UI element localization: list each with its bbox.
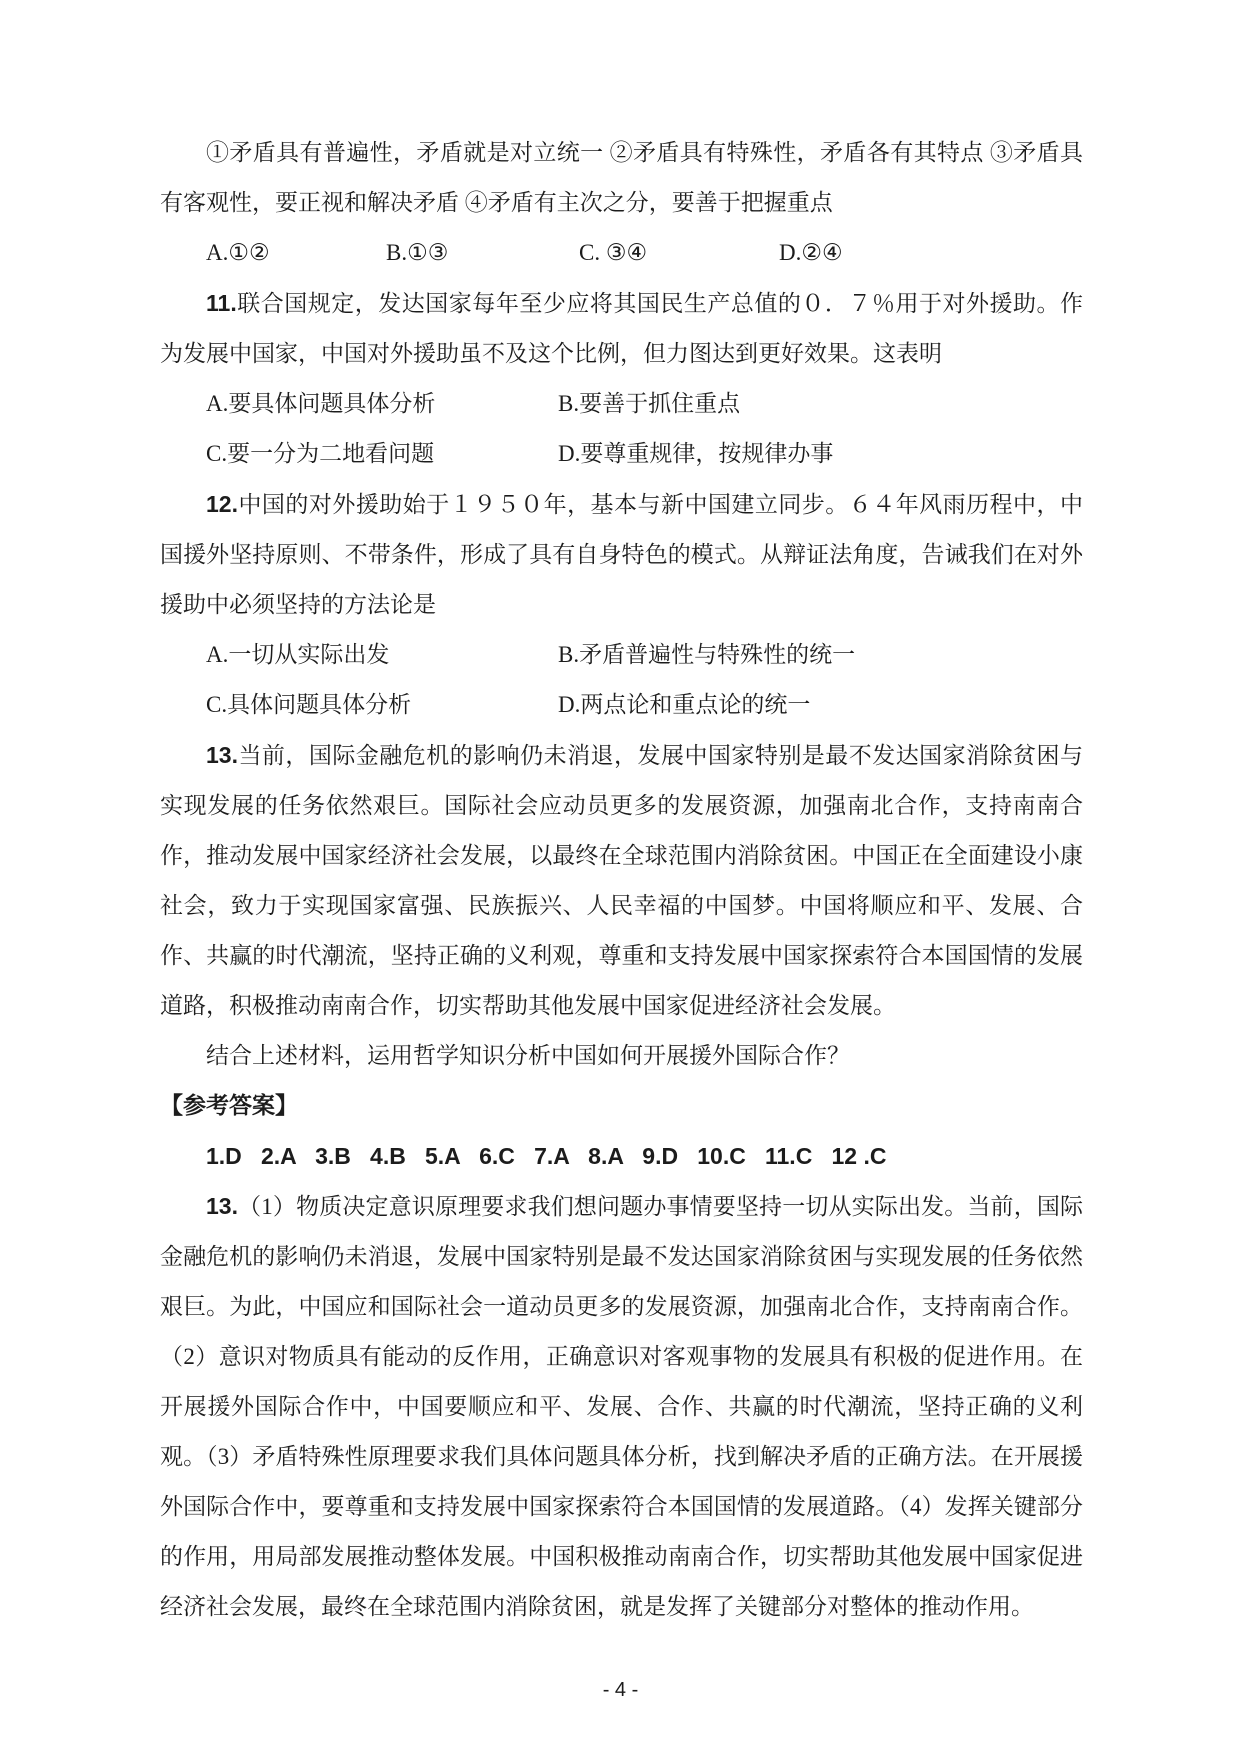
question-11-option-a: A.要具体问题具体分析	[206, 379, 558, 429]
question-12-stem: 12.中国的对外援助始于１９５０年，基本与新中国建立同步。６４年风雨历程中，中国…	[160, 479, 1083, 630]
question-10-option-d: D.②④	[779, 228, 1083, 278]
question-12-options-row-1: A.一切从实际出发 B.矛盾普遍性与特殊性的统一	[160, 630, 1083, 680]
page-number: - 4 -	[0, 1679, 1241, 1702]
document-page: ①矛盾具有普遍性，矛盾就是对立统一 ②矛盾具有特殊性，矛盾各有其特点 ③矛盾具有…	[0, 0, 1241, 1754]
question-12-number: 12.	[206, 491, 238, 517]
question-13-number: 13.	[206, 742, 238, 768]
question-13-stem: 13.当前，国际金融危机的影响仍未消退，发展中国家特别是最不发达国家消除贫困与实…	[160, 730, 1083, 1031]
question-11-option-b: B.要善于抓住重点	[558, 379, 1083, 429]
question-10-option-b: B.①③	[386, 228, 579, 278]
question-11-option-c: C.要一分为二地看问题	[206, 429, 558, 479]
question-10-option-c: C. ③④	[579, 228, 779, 278]
question-12-option-d: D.两点论和重点论的统一	[558, 680, 1083, 730]
question-10-stem-continuation: ①矛盾具有普遍性，矛盾就是对立统一 ②矛盾具有特殊性，矛盾各有其特点 ③矛盾具有…	[160, 128, 1083, 228]
question-13-text: 当前，国际金融危机的影响仍未消退，发展中国家特别是最不发达国家消除贫困与实现发展…	[160, 743, 1083, 1018]
question-12-option-b: B.矛盾普遍性与特殊性的统一	[558, 630, 1083, 680]
question-11-text: 联合国规定，发达国家每年至少应将其国民生产总值的０．７％用于对外援助。作为发展中…	[160, 291, 1083, 366]
question-12-option-c: C.具体问题具体分析	[206, 680, 558, 730]
question-12-option-a: A.一切从实际出发	[206, 630, 558, 680]
question-11-number: 11.	[206, 290, 237, 316]
question-12-options-row-2: C.具体问题具体分析 D.两点论和重点论的统一	[160, 680, 1083, 730]
question-10-option-a: A.①②	[206, 228, 386, 278]
reference-answers-heading: 【参考答案】	[160, 1081, 1083, 1131]
question-11-options-row-1: A.要具体问题具体分析 B.要善于抓住重点	[160, 379, 1083, 429]
question-10-options-row: A.①② B.①③ C. ③④ D.②④	[160, 228, 1083, 278]
page-content: ①矛盾具有普遍性，矛盾就是对立统一 ②矛盾具有特殊性，矛盾各有其特点 ③矛盾具有…	[160, 128, 1083, 1632]
question-12-text: 中国的对外援助始于１９５０年，基本与新中国建立同步。６４年风雨历程中，中国援外坚…	[160, 492, 1083, 617]
question-11-options-row-2: C.要一分为二地看问题 D.要尊重规律，按规律办事	[160, 429, 1083, 479]
question-13-answer-number: 13.	[206, 1193, 238, 1219]
question-11-option-d: D.要尊重规律，按规律办事	[558, 429, 1083, 479]
question-13-task: 结合上述材料，运用哲学知识分析中国如何开展援外国际合作？	[160, 1031, 1083, 1081]
question-13-answer: 13.（1）物质决定意识原理要求我们想问题办事情要坚持一切从实际出发。当前，国际…	[160, 1181, 1083, 1632]
choice-answers-list: 1.D 2.A 3.B 4.B 5.A 6.C 7.A 8.A 9.D 10.C…	[160, 1131, 1083, 1181]
question-13-answer-text: （1）物质决定意识原理要求我们想问题办事情要坚持一切从实际出发。当前，国际金融危…	[160, 1194, 1083, 1619]
question-11-stem: 11.联合国规定，发达国家每年至少应将其国民生产总值的０．７％用于对外援助。作为…	[160, 278, 1083, 379]
